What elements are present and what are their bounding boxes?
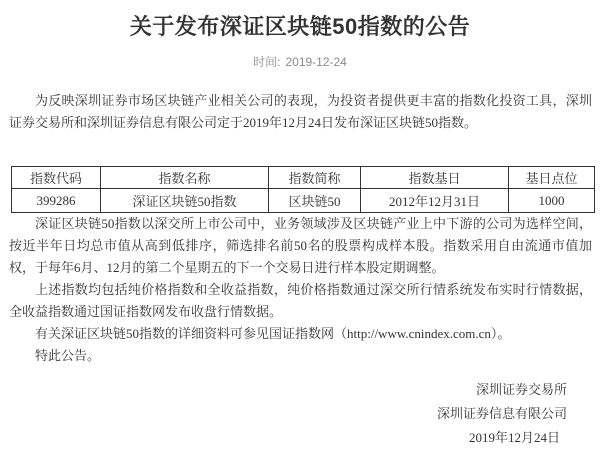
cell-index-code: 399286 (12, 189, 101, 213)
signature-org-info-company: 深圳证券信息有限公司 (0, 402, 567, 426)
paragraph-intro: 为反映深圳证券市场区块链产业相关公司的表现，为投资者提供更丰富的指数化投资工具，… (9, 90, 592, 134)
signature-block: 深圳证券交易所 深圳证券信息有限公司 2019年12月24日 (0, 378, 600, 450)
table-header-row: 指数代码 指数名称 指数简称 指数基日 基日点位 (12, 167, 595, 189)
page-title: 关于发布深证区块链50指数的公告 (0, 12, 600, 42)
index-info-table: 指数代码 指数名称 指数简称 指数基日 基日点位 399286 深证区块链50指… (11, 166, 595, 213)
paragraph-reference: 有关深证区块链50指数的详细资料可参见国证指数网（http://www.cnin… (9, 323, 592, 345)
announcement-body: 为反映深圳证券市场区块链产业相关公司的表现，为投资者提供更丰富的指数化投资工具，… (0, 90, 600, 367)
col-header-index-name: 指数名称 (101, 167, 269, 189)
signature-org-exchange: 深圳证券交易所 (0, 378, 567, 402)
publish-time-label: 时间: (253, 55, 280, 69)
col-header-index-code: 指数代码 (12, 167, 101, 189)
paragraph-closing: 特此公告。 (9, 345, 592, 367)
col-header-base-date: 指数基日 (361, 167, 509, 189)
cell-base-date: 2012年12月31日 (361, 189, 509, 213)
publish-time: 时间:2019-12-24 (0, 54, 600, 70)
cell-base-points: 1000 (509, 189, 595, 213)
table-row: 399286 深证区块链50指数 区块链50 2012年12月31日 1000 (12, 189, 595, 213)
cell-index-short-name: 区块链50 (269, 189, 361, 213)
signature-date: 2019年12月24日 (0, 426, 567, 450)
cell-index-name: 深证区块链50指数 (101, 189, 269, 213)
announcement-page: 关于发布深证区块链50指数的公告 时间:2019-12-24 为反映深圳证券市场… (0, 0, 600, 470)
col-header-index-short-name: 指数简称 (269, 167, 361, 189)
publish-time-value: 2019-12-24 (285, 55, 346, 69)
paragraph-methodology: 深证区块链50指数以深交所上市公司中，业务领域涉及区块链产业上中下游的公司为选样… (9, 213, 592, 279)
col-header-base-points: 基日点位 (509, 167, 595, 189)
paragraph-data-release: 上述指数均包括纯价格指数和全收益指数，纯价格指数通过深交所行情系统发布实时行情数… (9, 279, 592, 323)
